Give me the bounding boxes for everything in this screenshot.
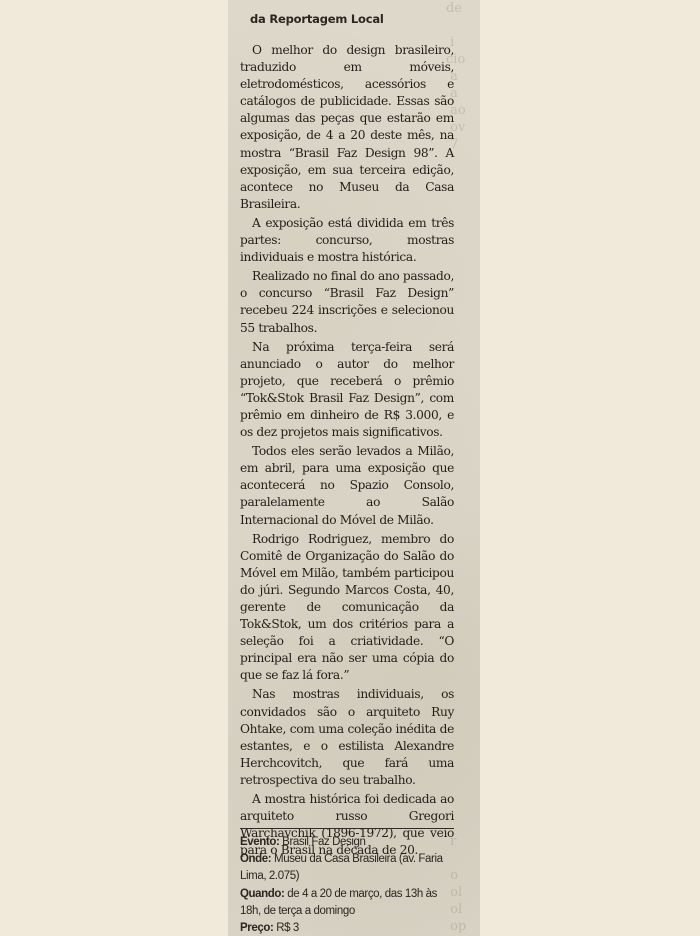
divider-rule [240, 828, 454, 829]
info-label: Preço: [240, 922, 273, 934]
info-label: Evento: [240, 836, 279, 848]
article-body: O melhor do design brasileiro, traduzido… [240, 42, 454, 861]
event-info-box: Evento: Brasil Faz Design Onde: Museu da… [240, 834, 460, 936]
info-quando: Quando: de 4 a 20 de março, das 13h às 1… [240, 886, 460, 920]
info-preco: Preço: R$ 3 [240, 920, 460, 936]
paragraph: Todos eles serão levados a Milão, em abr… [240, 443, 454, 528]
info-evento: Evento: Brasil Faz Design [240, 834, 460, 851]
paragraph: Rodrigo Rodriguez, membro do Comitê de O… [240, 531, 454, 685]
byline: da Reportagem Local [250, 12, 384, 26]
info-value: Museu da Casa Brasileira (av. Faria Lima… [240, 853, 443, 882]
paragraph: Na próxima terça-feira será anunciado o … [240, 339, 454, 442]
info-label: Quando: [240, 888, 284, 900]
info-value: Brasil Faz Design [282, 836, 365, 848]
paragraph: Realizado no final do ano passado, o con… [240, 268, 454, 336]
paragraph: O melhor do design brasileiro, traduzido… [240, 42, 454, 213]
info-value: R$ 3 [276, 922, 299, 934]
info-label: Onde: [240, 853, 271, 865]
paragraph: Nas mostras individuais, os convidados s… [240, 686, 454, 789]
paragraph: A exposição está dividida em três partes… [240, 215, 454, 266]
info-onde: Onde: Museu da Casa Brasileira (av. Fari… [240, 851, 460, 885]
